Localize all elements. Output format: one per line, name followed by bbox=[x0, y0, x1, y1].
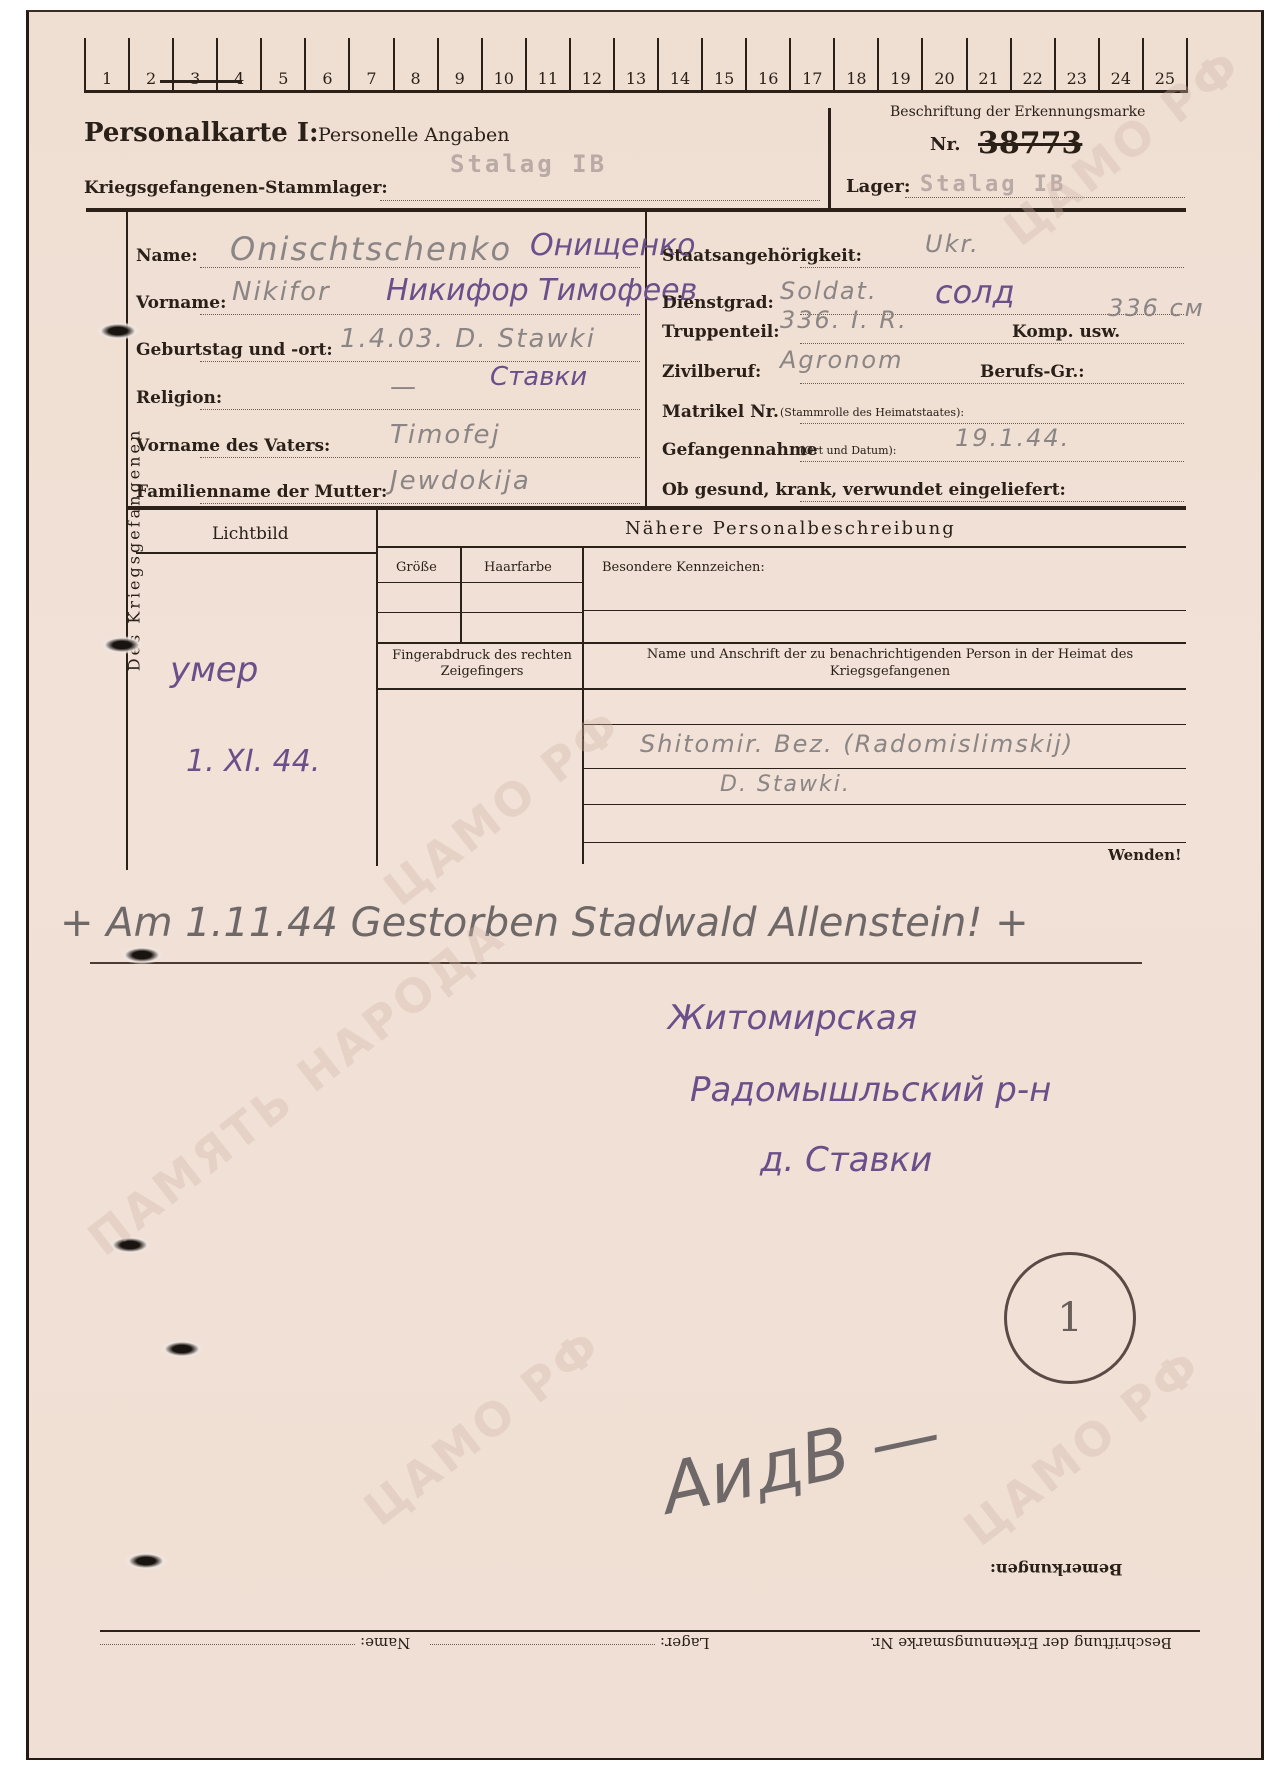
stammlager-label: Kriegsgefangenen-Stammlager: bbox=[84, 178, 388, 198]
stamp-number: 1 bbox=[1057, 1295, 1082, 1341]
scale-cell: 10 bbox=[481, 38, 525, 90]
field-label: Vorname des Vaters: bbox=[136, 436, 330, 456]
field-label: Berufs-Gr.: bbox=[980, 362, 1085, 382]
field-line bbox=[800, 501, 1184, 502]
field-value: 336. I. R. bbox=[780, 306, 908, 334]
scale-cell: 15 bbox=[701, 38, 745, 90]
fingerprint-label: Fingerabdruck des rechten Zeigefingers bbox=[384, 648, 580, 680]
field-label: Name: bbox=[136, 246, 198, 266]
scale-number: 10 bbox=[483, 69, 525, 88]
scale-number: 18 bbox=[835, 69, 877, 88]
scale-number: 15 bbox=[703, 69, 745, 88]
contact-address-line1: Shitomir. Bez. (Radomislimskij) bbox=[640, 730, 1074, 758]
russian-note-region: Житомирская bbox=[668, 998, 917, 1038]
wenden-label: Wenden! bbox=[1108, 846, 1182, 864]
scale-number: 9 bbox=[439, 69, 481, 88]
footer-erkennungsmarke-label: Beschriftung der Erkennungsmarke Nr. bbox=[870, 1634, 1172, 1652]
field-line bbox=[800, 343, 1184, 344]
scale-cell: 7 bbox=[348, 38, 392, 90]
punch-hole bbox=[160, 1340, 204, 1358]
field-value: — bbox=[390, 372, 418, 402]
description-title: Nähere Personalbeschreibung bbox=[625, 518, 956, 539]
field-value: Ukr. bbox=[925, 230, 980, 258]
card-title: Personalkarte I: bbox=[84, 118, 319, 148]
field-value: 1.4.03. D. Stawki bbox=[340, 324, 596, 354]
personal-bottom-rule bbox=[128, 506, 1186, 510]
scale-number: 12 bbox=[571, 69, 613, 88]
russian-note-district: Радомышльский р-н bbox=[690, 1070, 1051, 1110]
scale-cell: 18 bbox=[833, 38, 877, 90]
scale-cell: 17 bbox=[789, 38, 833, 90]
scale-cell: 16 bbox=[745, 38, 789, 90]
field-label: Familienname der Mutter: bbox=[136, 482, 387, 502]
scale-cell: 21 bbox=[966, 38, 1010, 90]
scale-cell: 12 bbox=[569, 38, 613, 90]
footer-name-label: Name: bbox=[360, 1634, 410, 1652]
table-rule bbox=[378, 612, 582, 613]
scale-cell: 14 bbox=[657, 38, 701, 90]
scale-cell: 25 bbox=[1142, 38, 1188, 90]
scale-number: 13 bbox=[615, 69, 657, 88]
scale-number: 25 bbox=[1144, 69, 1186, 88]
footer-lager-label: Lager: bbox=[660, 1634, 710, 1652]
stammlager-line bbox=[380, 200, 820, 201]
table-rule bbox=[584, 724, 1186, 725]
scale-number: 20 bbox=[923, 69, 965, 88]
scale-cell: 24 bbox=[1098, 38, 1142, 90]
footer-name-line bbox=[100, 1644, 355, 1645]
table-rule bbox=[378, 642, 1186, 644]
punch-hole bbox=[96, 322, 140, 340]
footer-rule bbox=[100, 1630, 1200, 1632]
stammlager-stamp: Stalag IB bbox=[450, 150, 607, 178]
bemerkungen-label: Bemerkungen: bbox=[990, 1560, 1123, 1579]
field-value-cyrillic: солд bbox=[935, 273, 1015, 311]
punch-hole bbox=[100, 636, 144, 654]
field-label-note: (Stammrolle des Heimatstaates): bbox=[780, 406, 964, 419]
field-label: Gefangennahme bbox=[662, 440, 818, 460]
field-line bbox=[200, 409, 640, 410]
scale-cell: 5 bbox=[260, 38, 304, 90]
photo-date: 1. XI. 44. bbox=[186, 744, 320, 779]
field-value: Nikifor bbox=[232, 277, 331, 307]
contact-address-line2: D. Stawki. bbox=[720, 772, 851, 797]
scale-cell: 13 bbox=[613, 38, 657, 90]
scale-number: 17 bbox=[791, 69, 833, 88]
field-value: Onischtschenko bbox=[230, 230, 512, 268]
haarfarbe-label: Haarfarbe bbox=[484, 560, 552, 575]
lager-label: Lager: bbox=[846, 176, 911, 197]
table-rule bbox=[584, 768, 1186, 769]
card-subtitle: Personelle Angaben bbox=[318, 124, 509, 146]
scale-cell: 20 bbox=[921, 38, 965, 90]
nr-value: 38773 bbox=[978, 126, 1082, 161]
field-line bbox=[800, 461, 1184, 462]
scale-number: 16 bbox=[747, 69, 789, 88]
scale-cell: 8 bbox=[393, 38, 437, 90]
header-bottom-rule bbox=[86, 208, 1186, 212]
field-label: Dienstgrad: bbox=[662, 293, 774, 313]
field-value: Jewdokija bbox=[390, 466, 531, 496]
photo-divider bbox=[376, 508, 378, 866]
scale-cell: 1 bbox=[84, 38, 128, 90]
scale-number: 4 bbox=[218, 69, 260, 88]
punch-hole bbox=[108, 1236, 152, 1254]
details-divider bbox=[582, 548, 584, 864]
scale-cell: 19 bbox=[877, 38, 921, 90]
table-rule bbox=[378, 582, 582, 583]
table-rule bbox=[584, 804, 1186, 805]
lager-stamp: Stalag IB bbox=[920, 172, 1066, 197]
field-line bbox=[200, 503, 640, 504]
table-rule bbox=[378, 688, 1186, 690]
field-label: Truppenteil: bbox=[662, 322, 780, 342]
groesse-divider bbox=[460, 548, 462, 644]
field-value: Timofej bbox=[390, 420, 501, 450]
nr-label: Nr. bbox=[930, 134, 961, 155]
erkennungsmarke-label: Beschriftung der Erkennungsmarke bbox=[890, 104, 1145, 120]
scale-number: 24 bbox=[1100, 69, 1142, 88]
scale-number: 11 bbox=[527, 69, 569, 88]
field-value-cyrillic: Никифор Тимофеев bbox=[386, 273, 697, 308]
field-label: Religion: bbox=[136, 388, 222, 408]
field-value-cyrillic: Ставки bbox=[490, 362, 587, 392]
field-label-note: (Ort und Datum): bbox=[800, 444, 897, 457]
field-line bbox=[800, 383, 1184, 384]
circle-stamp: 1 bbox=[1004, 1252, 1136, 1384]
field-line bbox=[800, 267, 1184, 268]
scale-cell: 23 bbox=[1054, 38, 1098, 90]
kennzeichen-label: Besondere Kennzeichen: bbox=[602, 560, 765, 575]
scale-cell: 9 bbox=[437, 38, 481, 90]
groesse-label: Größe bbox=[396, 560, 437, 575]
photo-note: умер bbox=[170, 650, 258, 690]
field-value: 336 см bbox=[1108, 294, 1205, 322]
scale-number: 7 bbox=[350, 69, 392, 88]
description-title-rule bbox=[378, 546, 1186, 548]
field-label: Ob gesund, krank, verwundet eingeliefert… bbox=[662, 480, 1066, 500]
scale-number: 6 bbox=[306, 69, 348, 88]
scale-number: 19 bbox=[879, 69, 921, 88]
scale-number: 3 bbox=[174, 69, 216, 88]
scale-cell: 22 bbox=[1010, 38, 1054, 90]
punch-hole bbox=[120, 946, 164, 964]
field-value: 19.1.44. bbox=[955, 424, 1070, 452]
death-note: + Am 1.11.44 Gestorben Stadwald Allenste… bbox=[60, 900, 1029, 946]
russian-note-village: д. Ставки bbox=[760, 1140, 932, 1180]
scale-number: 5 bbox=[262, 69, 304, 88]
scale-cell: 6 bbox=[304, 38, 348, 90]
table-rule bbox=[584, 610, 1186, 611]
scale-number: 22 bbox=[1012, 69, 1054, 88]
death-note-rule bbox=[90, 962, 1142, 964]
lichtbild-rule bbox=[136, 552, 376, 554]
scale-number: 1 bbox=[86, 69, 128, 88]
field-line bbox=[200, 314, 640, 315]
scale-number: 21 bbox=[968, 69, 1010, 88]
table-rule bbox=[584, 842, 1186, 843]
header-divider bbox=[828, 108, 831, 208]
footer-lager-line bbox=[430, 1644, 655, 1645]
field-label: Komp. usw. bbox=[1012, 322, 1120, 342]
side-label: Des Kriegsgefangenen bbox=[124, 428, 143, 672]
strike-through-mark bbox=[160, 80, 242, 83]
scale-number: 2 bbox=[130, 69, 172, 88]
lager-line bbox=[905, 197, 1185, 198]
lichtbild-label: Lichtbild bbox=[212, 524, 289, 544]
number-scale-strip: 1234567891011121314151617181920212223242… bbox=[84, 38, 1188, 93]
scale-cell: 11 bbox=[525, 38, 569, 90]
field-value: Soldat. bbox=[780, 277, 878, 305]
field-line bbox=[200, 457, 640, 458]
contact-title: Name und Anschrift der zu benachrichtige… bbox=[640, 646, 1140, 680]
scale-number: 8 bbox=[395, 69, 437, 88]
punch-hole bbox=[124, 1552, 168, 1570]
scale-number: 14 bbox=[659, 69, 701, 88]
field-label: Matrikel Nr. bbox=[662, 402, 779, 422]
field-label: Zivilberuf: bbox=[662, 362, 761, 382]
scale-number: 23 bbox=[1056, 69, 1098, 88]
field-label: Staatsangehörigkeit: bbox=[662, 246, 862, 266]
field-label: Vorname: bbox=[136, 293, 226, 313]
field-value: Agronom bbox=[780, 346, 903, 374]
field-label: Geburtstag und -ort: bbox=[136, 340, 333, 360]
